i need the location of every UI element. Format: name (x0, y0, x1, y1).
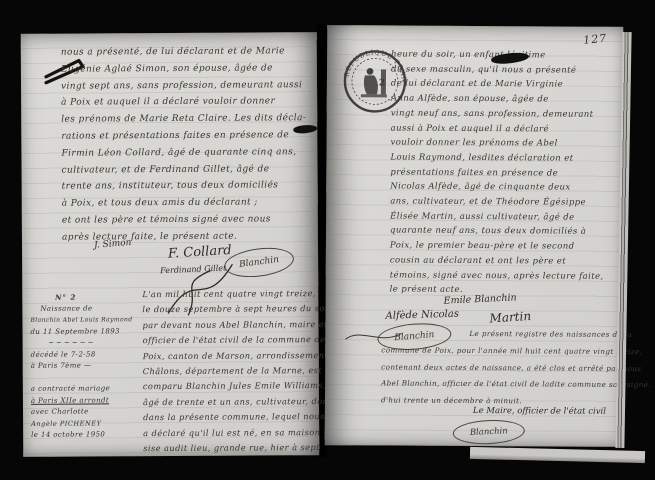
handwritten-line: à Poix, et tous deux amis du déclarant ; (62, 194, 307, 212)
handwritten-line: par devant nous Abel Blanchin, maire et (142, 317, 353, 334)
handwritten-line: a contracté mariage (31, 383, 149, 395)
signature-father: Emile Blanchin (443, 292, 516, 306)
signature-declarant: J. Simon (94, 238, 132, 251)
margin-note-lines: N° 2Naissance deBlanchin Abel Louis Raym… (30, 291, 149, 441)
under-page-edge (470, 447, 645, 463)
handwritten-line: cultivateur, et de Ferdinand Gillet, âgé… (61, 161, 306, 179)
handwritten-line: Naissance de (30, 303, 148, 315)
left-page: nous a présenté, de lui déclarant et de … (21, 32, 320, 457)
handwritten-line: Blanchin Abel Louis Raymond (30, 314, 148, 326)
handwritten-line: vouloir donner les prénoms de Abel (391, 136, 605, 152)
signature-witness2: Martin (489, 309, 531, 326)
handwritten-line: rations et présentations faites en prése… (61, 127, 306, 145)
handwritten-line: Élisée Martin, aussi cultivateur, âgé de (390, 209, 604, 225)
handwritten-line: Le présent registre des naissances de la (381, 325, 651, 343)
handwritten-line: cousin au déclarant et ont les père et (390, 253, 604, 269)
act1-text: nous a présenté, de lui déclarant et de … (61, 43, 307, 246)
closing-lines: Le présent registre des naissances de la… (381, 325, 651, 411)
act2-continued-text: heure du soir, un enfant légitimedu sexe… (390, 47, 605, 298)
handwritten-line: Châlons, département de la Marne, est (143, 363, 354, 380)
handwritten-line: Firmin Léon Collard, âgé de quarante cin… (61, 144, 306, 162)
act2-lines: L'an mil huit cent quatre vingt treize,l… (142, 286, 354, 457)
handwritten-line: commune de Poix, pour l'année mil huit c… (381, 342, 651, 360)
handwritten-line (31, 372, 149, 384)
closing-signature-circled: Blanchin (452, 418, 525, 445)
handwritten-line: nous a présenté, de lui déclarant et de … (61, 43, 306, 61)
handwritten-line: avec Charlotte (31, 406, 149, 418)
handwritten-line: aussi à Poix et auquel il a déclaré (391, 121, 605, 137)
handwritten-line: ~~~~~~ (31, 337, 114, 349)
handwritten-line: Angèle PICHENEY (31, 418, 149, 430)
register-scan: nous a présenté, de lui déclarant et de … (0, 0, 655, 480)
handwritten-line: du 11 Septembre 1893 (30, 326, 148, 338)
handwritten-line: N° 2 (30, 291, 101, 303)
handwritten-line: âgé de trente et un ans, cultivateur, do… (143, 394, 354, 411)
handwritten-line: quarante neuf ans, tous deux domiciliés … (390, 224, 604, 240)
signature-mayor-name: Blanchin (239, 255, 280, 270)
handwritten-line: comparu Blanchin Jules Emile Williams, (143, 378, 354, 395)
margin-note: N° 2Naissance deBlanchin Abel Louis Raym… (30, 291, 149, 441)
act2-continued-lines: heure du soir, un enfant légitimedu sexe… (390, 47, 605, 298)
handwritten-line: vingt neuf ans, sans profession, demeura… (391, 106, 605, 122)
handwritten-line: à Poix et auquel il a déclaré vouloir do… (61, 94, 306, 112)
handwritten-line: Poix, le premier beau-père et le second (390, 239, 604, 255)
handwritten-line: et ont les père et témoins signé avec no… (62, 211, 307, 229)
handwritten-line: du sexe masculin, qu'il nous a présenté (391, 62, 605, 78)
handwritten-line: trente ans, instituteur, tous deux domic… (62, 178, 307, 196)
handwritten-line: Eugénie Aglaé Simon, son épouse, âgée de (61, 60, 306, 78)
stamp-value: 2 (379, 78, 385, 88)
handwritten-line: le douze septembre à sept heures du soir… (142, 301, 353, 318)
handwritten-line: présentations faites en présence de (390, 165, 604, 181)
handwritten-line: Louis Raymond, lesdites déclaration et (390, 150, 604, 166)
handwritten-line: dans la présente commune, lequel nous (143, 409, 354, 426)
handwritten-line: ans, cultivateur, et de Théodore Égésipp… (390, 195, 604, 211)
right-page: 127 RÉPUBLIQUE FRANÇAISE 2 heure du soir… (325, 25, 624, 447)
handwritten-line: témoins, signé avec nous, après lecture … (390, 268, 604, 284)
handwritten-line: décédé le 7-2-58 (31, 349, 149, 361)
handwritten-line: Abel Blanchin, officier de l'état civil … (381, 376, 651, 394)
act2-text: L'an mil huit cent quatre vingt treize,l… (142, 286, 354, 457)
mayor-title: Le Maire, officier de l'état civil (473, 406, 606, 417)
act1-lines: nous a présenté, de lui déclarant et de … (61, 43, 307, 246)
handwritten-line: Anna Alfède, son épouse, âgée de (391, 92, 605, 108)
handwritten-line: vingt sept ans, sans profession, demeura… (61, 77, 306, 95)
page-number: 127 (583, 32, 608, 47)
handwritten-line: L'an mil huit cent quatre vingt treize, (142, 286, 353, 303)
handwritten-line: officier de l'état civil de la commune d… (143, 332, 354, 349)
handwritten-line: Poix, canton de Marson, arrondissement d… (143, 348, 354, 365)
closing-text: Le présent registre des naissances de la… (381, 325, 651, 411)
handwritten-line: a déclaré qu'il lui est né, en sa maison (143, 425, 354, 442)
handwritten-line: à Paris 7ème — (31, 360, 149, 372)
handwritten-line: le 14 octobre 1950 (31, 429, 149, 441)
signature-witness1: Alfède Nicolas (385, 309, 459, 322)
handwritten-line: à Paris XIIe arrondt (31, 395, 149, 407)
handwritten-line: de lui déclarant et de Marie Virginie (391, 77, 605, 93)
handwritten-line: contenant deux actes de naissance, a été… (381, 359, 651, 377)
handwritten-line: sise audit lieu, grande rue, hier à sept (143, 440, 354, 457)
ink-blot (293, 124, 318, 134)
handwritten-line: Nicolas Alfède, âgé de cinquante deux (390, 180, 604, 196)
handwritten-line: les prénoms de Marie Reta Claire. Les di… (61, 110, 306, 128)
closing-signature-name: Blanchin (470, 426, 508, 438)
